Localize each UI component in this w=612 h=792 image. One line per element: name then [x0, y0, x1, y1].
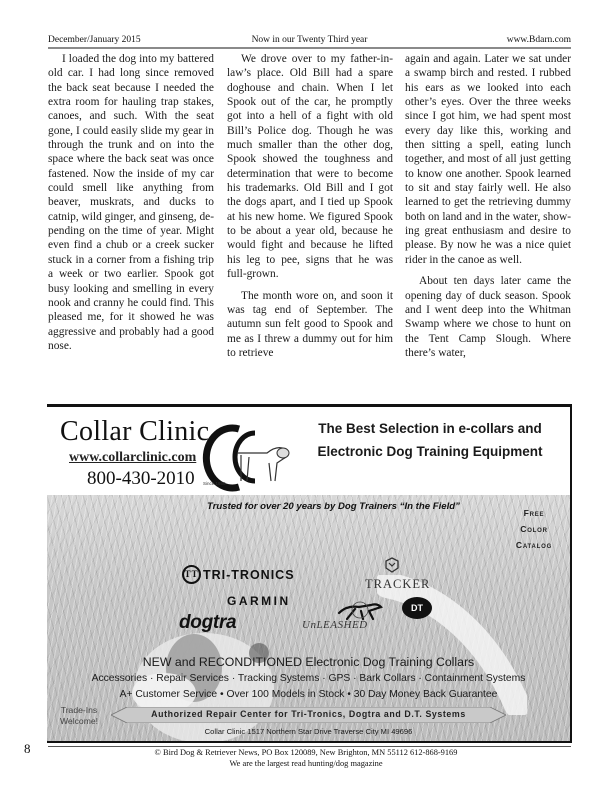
ad-guarantee-line: A+ Customer Service • Over 100 Models in…	[47, 689, 570, 700]
footer-slogan: We are the largest read hunting/dog maga…	[0, 759, 612, 768]
dogtra-logo: dogtra	[179, 612, 236, 634]
running-dog-icon	[335, 599, 385, 621]
trade-ins-word: Welcome!	[55, 716, 103, 727]
catalog-word: Color	[509, 521, 559, 537]
tritronics-logo: TT TRI-TRONICS	[182, 565, 295, 584]
ad-address: Collar Clinic 1517 Northern Star Drive T…	[47, 727, 570, 736]
paragraph: I loaded the dog into my battered old ca…	[48, 52, 214, 353]
running-header: December/January 2015 Now in our Twenty …	[48, 35, 571, 47]
repair-center-text: Authorized Repair Center for Tri-Tronics…	[111, 709, 506, 719]
footer-rule	[48, 746, 571, 747]
dt-systems-logo: DT	[402, 597, 432, 619]
trade-ins-callout: Trade-Ins Welcome!	[55, 705, 103, 727]
collar-clinic-advertisement[interactable]: Collar Clinic www.collarclinic.com 800-4…	[47, 404, 572, 743]
free-catalog-callout[interactable]: Free Color Catalog	[509, 505, 559, 553]
paragraph: About ten days later came the opening da…	[405, 274, 571, 360]
paragraph: The month wore on, and soon it was tag e…	[227, 289, 393, 361]
ad-background-photo	[47, 495, 570, 741]
article-column-1: I loaded the dog into my battered old ca…	[48, 52, 214, 353]
footer-copyright: © Bird Dog & Retriever News, PO Box 1200…	[0, 748, 612, 757]
tracker-logo: TRACKER	[365, 577, 430, 592]
tracker-shield-icon	[385, 557, 399, 573]
ad-trusted-line: Trusted for over 20 years by Dog Trainer…	[207, 501, 460, 512]
header-tagline: Now in our Twenty Third year	[48, 35, 571, 45]
article-column-3: again and again. Later we sat under a sw…	[405, 52, 571, 360]
catalog-word: Catalog	[509, 537, 559, 553]
article-body: I loaded the dog into my battered old ca…	[48, 52, 571, 397]
catalog-word: Free	[509, 505, 559, 521]
brand-website-link[interactable]: www.collarclinic.com	[69, 450, 196, 466]
ad-services-line: Accessories · Repair Services · Tracking…	[47, 673, 570, 684]
trade-ins-word: Trade-Ins	[55, 705, 103, 716]
header-website: www.Bdarn.com	[507, 35, 571, 45]
brand-phone: 800-430-2010	[87, 468, 195, 490]
unleashed-logo: UnLEASHED	[302, 619, 368, 631]
since-label: Since 1988	[203, 481, 226, 486]
ad-product-line: NEW and RECONDITIONED Electronic Dog Tra…	[47, 655, 570, 669]
article-column-2: We drove over to my father-in-law’s plac…	[227, 52, 393, 360]
header-rule	[48, 47, 571, 49]
brand-name: Collar Clinic	[60, 416, 209, 448]
garmin-logo: GARMIN	[227, 594, 291, 608]
paragraph: We drove over to my father-in-law’s plac…	[227, 52, 393, 282]
tritronics-wordmark: TRI-TRONICS	[203, 568, 295, 582]
tritronics-mark-icon: TT	[182, 565, 201, 584]
repair-center-banner: Authorized Repair Center for Tri-Tronics…	[111, 707, 506, 723]
paragraph: again and again. Later we sat under a sw…	[405, 52, 571, 267]
ad-headline: The Best Selection in e-collars and Elec…	[299, 417, 561, 463]
